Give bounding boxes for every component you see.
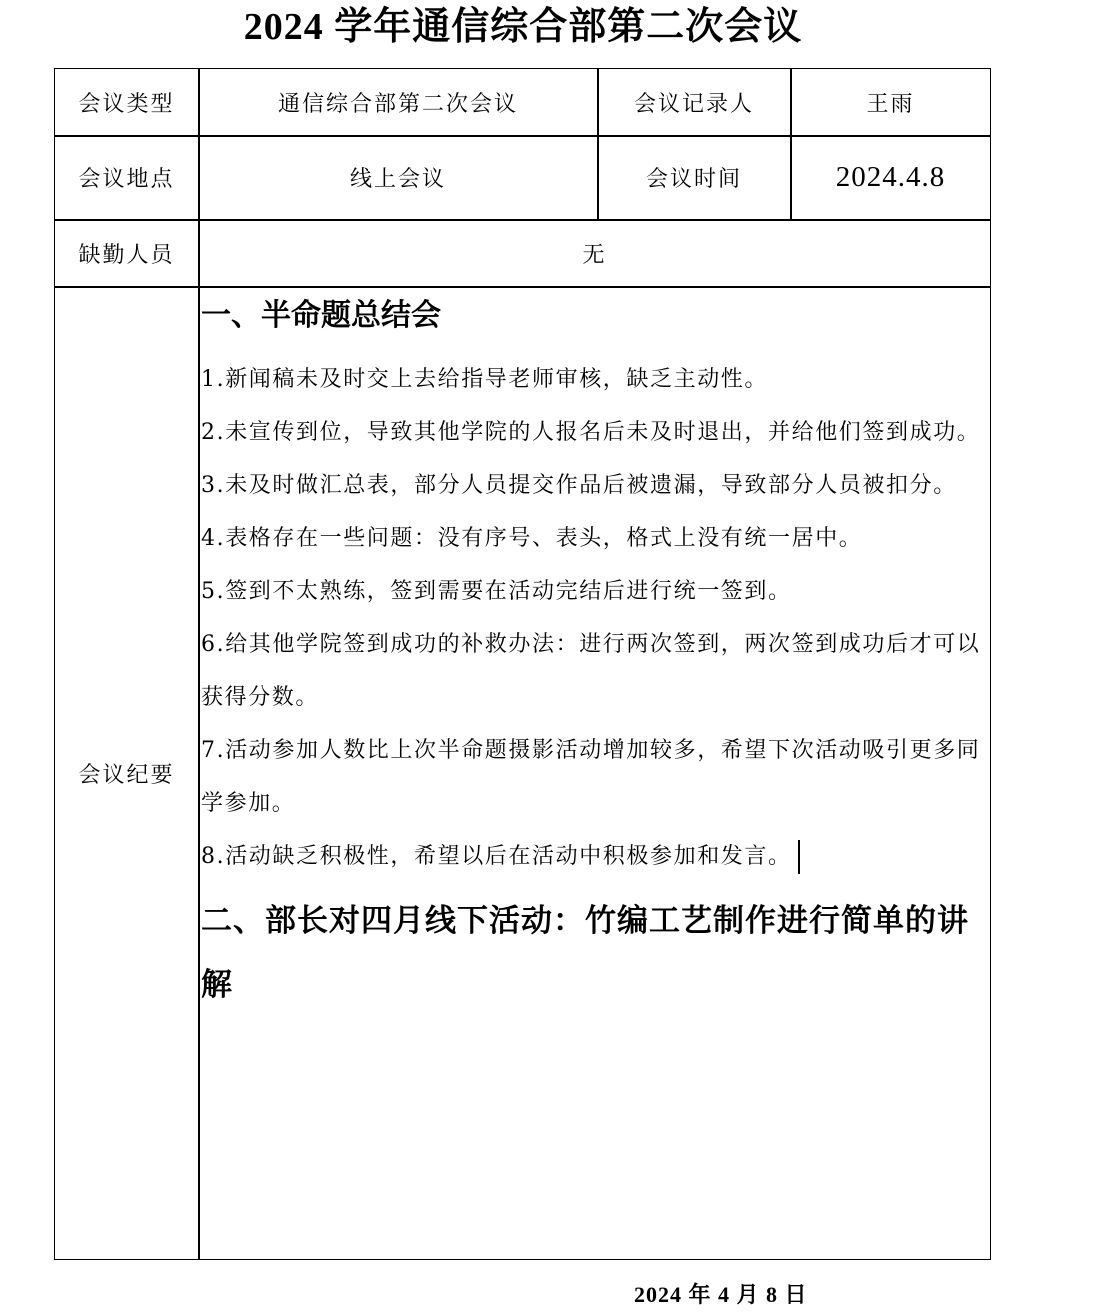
- label-absent: 缺勤人员: [55, 220, 198, 286]
- minutes-item-text: 8.活动缺乏积极性，希望以后在活动中积极参加和发言。: [201, 844, 792, 869]
- minutes-item: 1.新闻稿未及时交上去给指导老师审核，缺乏主动性。: [201, 353, 991, 406]
- value-recorder[interactable]: 王雨: [791, 69, 990, 135]
- label-meeting-type: 会议类型: [55, 69, 198, 135]
- minutes-item: 2.未宣传到位，导致其他学院的人报名后未及时退出，并给他们签到成功。: [201, 406, 991, 459]
- value-meeting-time[interactable]: 2024.4.8: [791, 136, 990, 219]
- section-heading-1: 一、半命题总结会: [201, 297, 991, 335]
- label-minutes: 会议纪要: [55, 287, 198, 1259]
- minutes-item-last: 8.活动缺乏积极性，希望以后在活动中积极参加和发言。: [201, 830, 991, 883]
- minutes-content[interactable]: 一、半命题总结会 1.新闻稿未及时交上去给指导老师审核，缺乏主动性。 2.未宣传…: [201, 287, 991, 1017]
- minutes-item: 6.给其他学院签到成功的补救办法：进行两次签到，两次签到成功后才可以获得分数。: [201, 618, 991, 724]
- minutes-item: 5.签到不太熟练，签到需要在活动完结后进行统一签到。: [201, 565, 991, 618]
- section-heading-2: 二、部长对四月线下活动：竹编工艺制作进行简单的讲解: [201, 889, 991, 1017]
- label-recorder: 会议记录人: [598, 69, 790, 135]
- text-cursor: [798, 840, 800, 874]
- meeting-table: 会议类型 通信综合部第二次会议 会议记录人 王雨 会议地点 线上会议 会议时间 …: [54, 68, 991, 1260]
- minutes-item: 4.表格存在一些问题：没有序号、表头，格式上没有统一居中。: [201, 512, 991, 565]
- label-meeting-time: 会议时间: [598, 136, 790, 219]
- footer-date: 2024 年 4 月 8 日: [634, 1278, 808, 1309]
- value-absent[interactable]: 无: [199, 220, 990, 286]
- minutes-item: 7.活动参加人数比上次半命题摄影活动增加较多，希望下次活动吸引更多同学参加。: [201, 724, 991, 830]
- value-meeting-type[interactable]: 通信综合部第二次会议: [199, 69, 597, 135]
- minutes-item: 3.未及时做汇总表，部分人员提交作品后被遗漏，导致部分人员被扣分。: [201, 459, 991, 512]
- value-location[interactable]: 线上会议: [199, 136, 597, 219]
- document-title: 2024 学年通信综合部第二次会议: [0, 4, 1046, 50]
- label-location: 会议地点: [55, 136, 198, 219]
